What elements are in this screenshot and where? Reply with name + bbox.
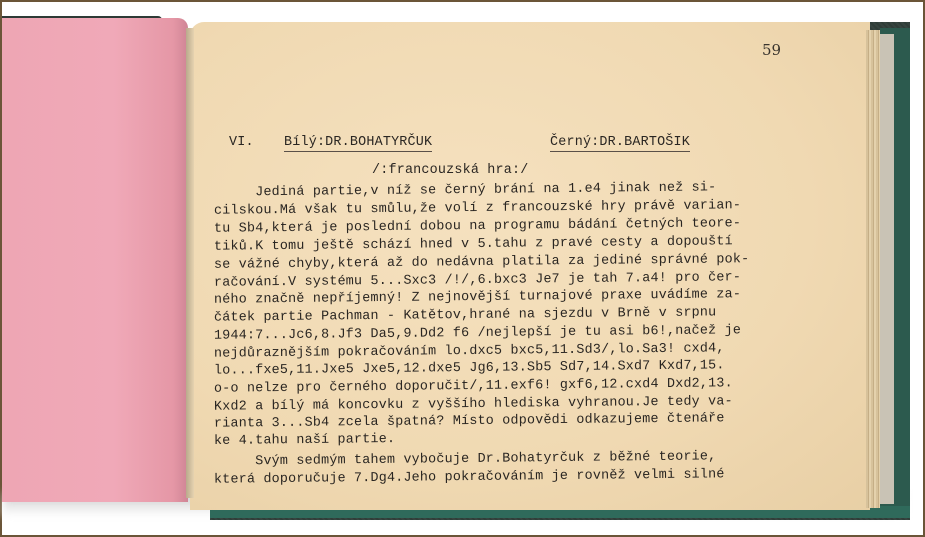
black-player: Černý:DR.BARTOŠIK bbox=[550, 135, 690, 152]
white-player: Bílý:DR.BOHATYRČUK bbox=[284, 135, 432, 152]
endpaper bbox=[880, 34, 894, 504]
opening-title: /:francouzská hra:/ bbox=[372, 163, 528, 178]
book-gutter bbox=[186, 28, 194, 498]
text-line: ke 4.tahu naší partie. bbox=[214, 432, 395, 449]
game-number: VI. bbox=[229, 135, 254, 150]
left-page-pink bbox=[2, 18, 188, 502]
page-number: 59 bbox=[762, 41, 781, 59]
page-edges bbox=[866, 30, 880, 508]
